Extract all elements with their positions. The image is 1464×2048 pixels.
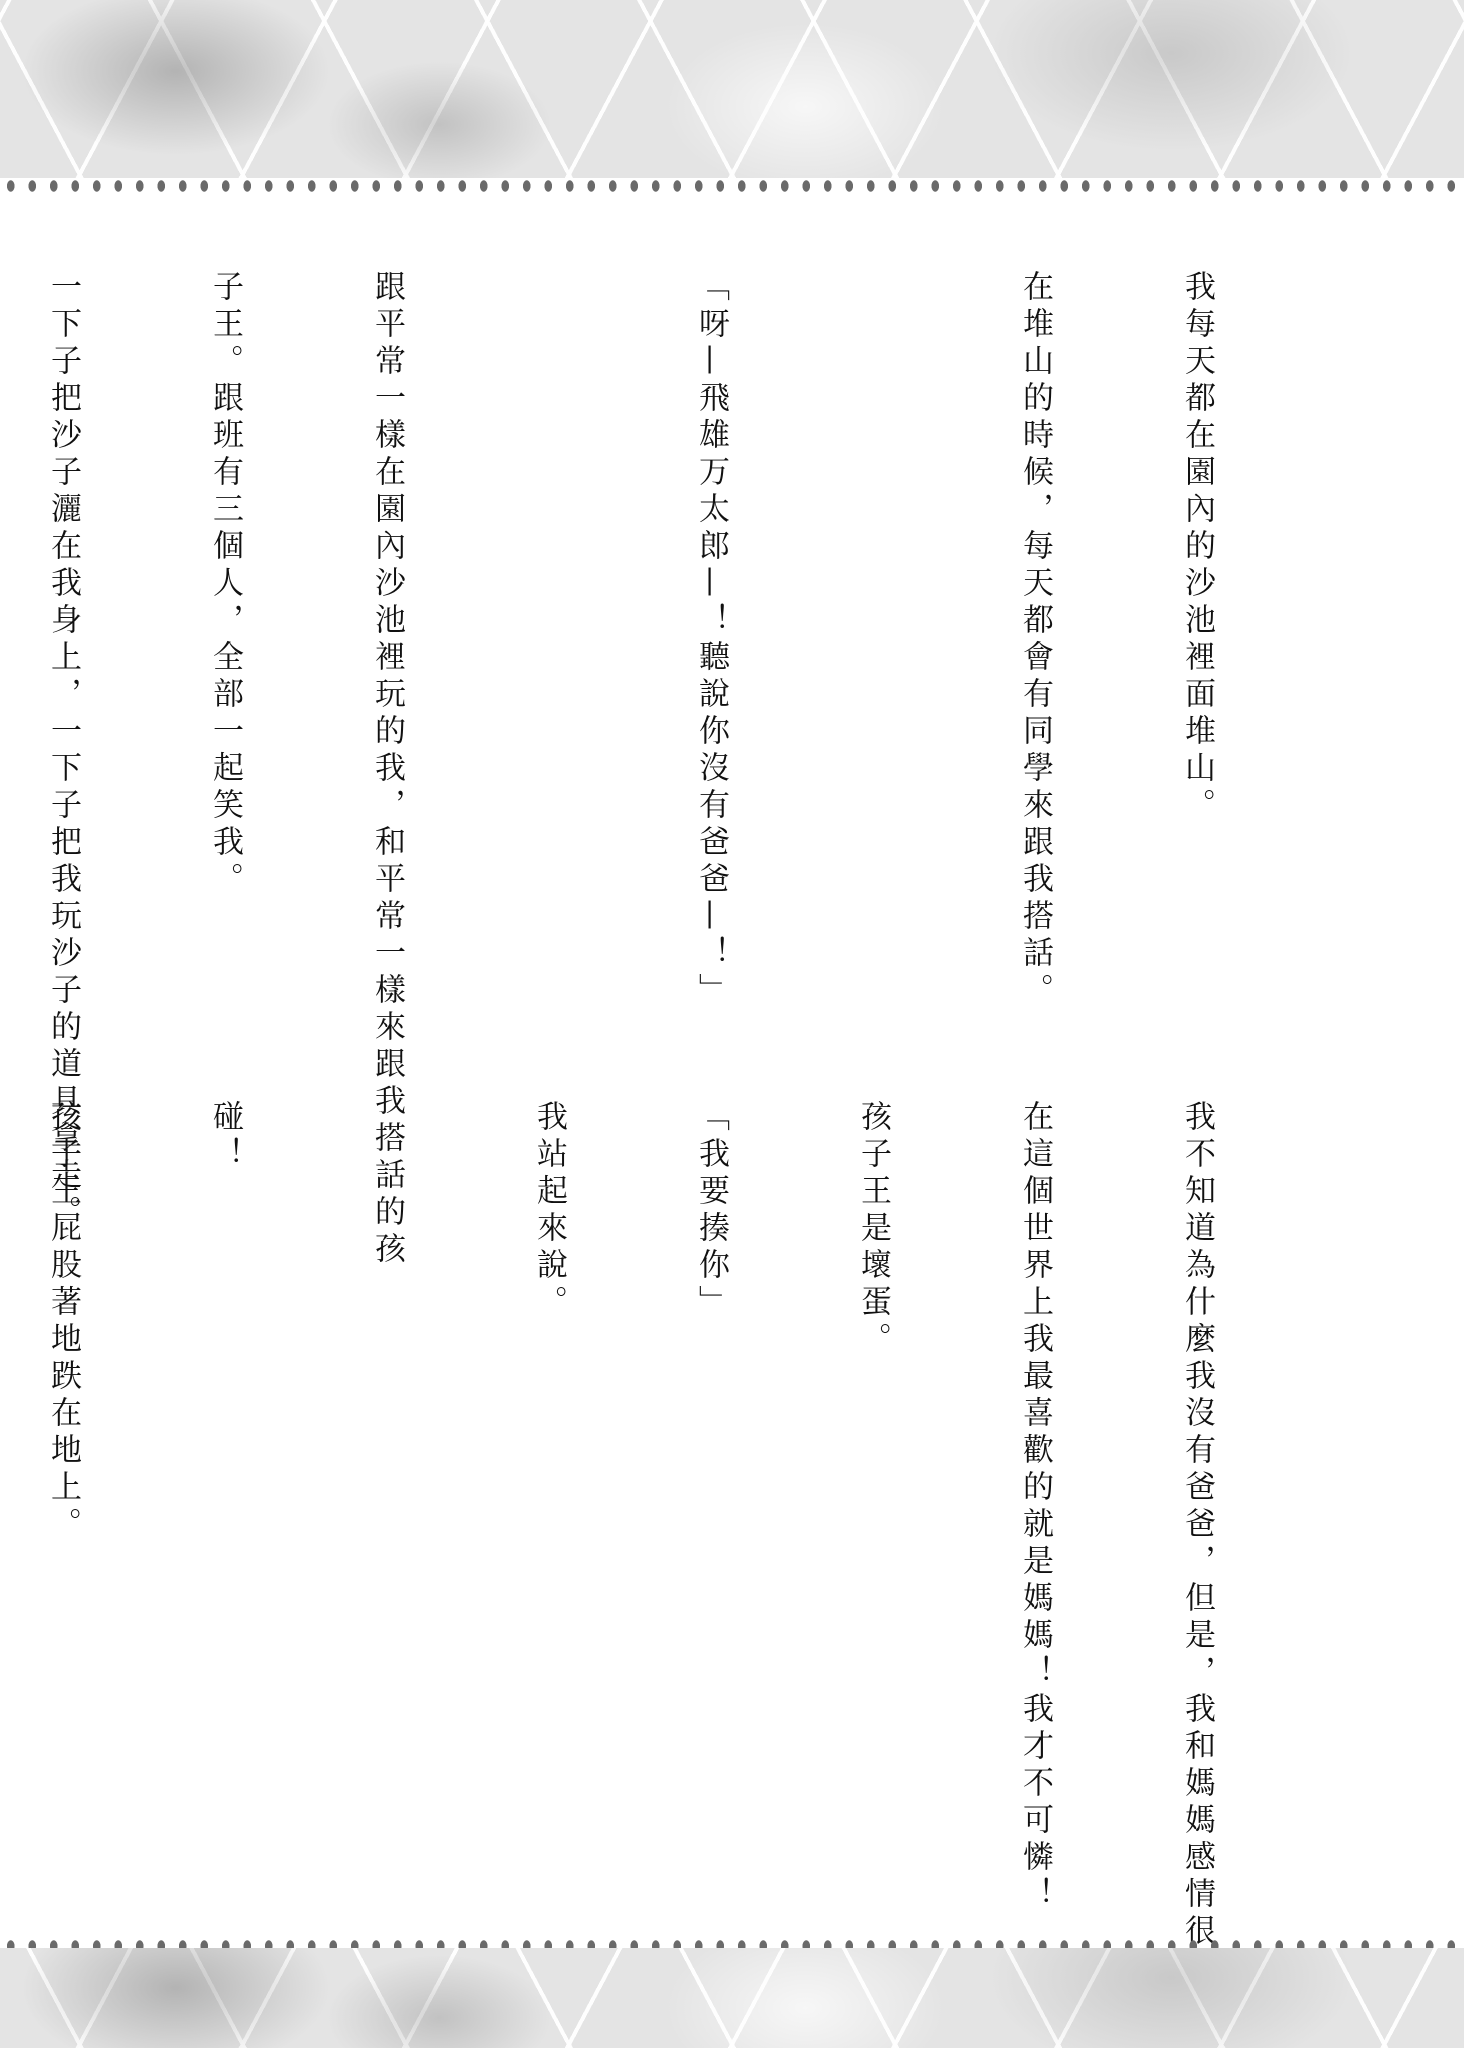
text-line: 碰！	[198, 1100, 252, 1900]
text-line: 跟平常一樣在園內沙池裡玩的我，和平常一樣來跟我搭話的孩	[360, 270, 414, 1030]
text-line: 在這個世界上我最喜歡的就是媽媽！我才不可憐！	[1008, 1100, 1062, 1900]
top-dotted-border	[0, 180, 1464, 192]
blank-line	[360, 1100, 414, 1900]
text-line: 孩子王屁股著地跌在地上。	[36, 1100, 90, 1900]
text-line: 子王。跟班有三個人，全部一起笑我。	[198, 270, 252, 1030]
blank-line	[846, 270, 900, 1030]
text-line: 我不知道為什麼我沒有爸爸，但是，我和媽媽感情很好，而且	[1170, 1100, 1224, 1900]
text-line: 我每天都在園內的沙池裡面堆山。	[1170, 270, 1224, 1030]
text-line: 「我要揍你」	[684, 1100, 738, 1900]
text-line: 孩子王是壞蛋。	[846, 1100, 900, 1900]
blank-line	[522, 270, 576, 1030]
text-line: 一下子把沙子灑在我身上，一下子把我玩沙子的道具拿走。	[36, 270, 90, 1030]
text-line: 我站起來說。	[522, 1100, 576, 1900]
bottom-decorative-band	[0, 1948, 1464, 2048]
lower-text-block: 我不知道為什麼我沒有爸爸，但是，我和媽媽感情很好，而且 在這個世界上我最喜歡的就…	[0, 1100, 1332, 1900]
top-decorative-band	[0, 0, 1464, 178]
text-line: 在堆山的時候，每天都會有同學來跟我搭話。	[1008, 270, 1062, 1030]
text-line: 「呀—飛雄万太郎—！聽說你沒有爸爸—！」	[684, 270, 738, 1030]
upper-text-block: 我每天都在園內的沙池裡面堆山。 在堆山的時候，每天都會有同學來跟我搭話。 「呀—…	[0, 270, 1332, 1030]
